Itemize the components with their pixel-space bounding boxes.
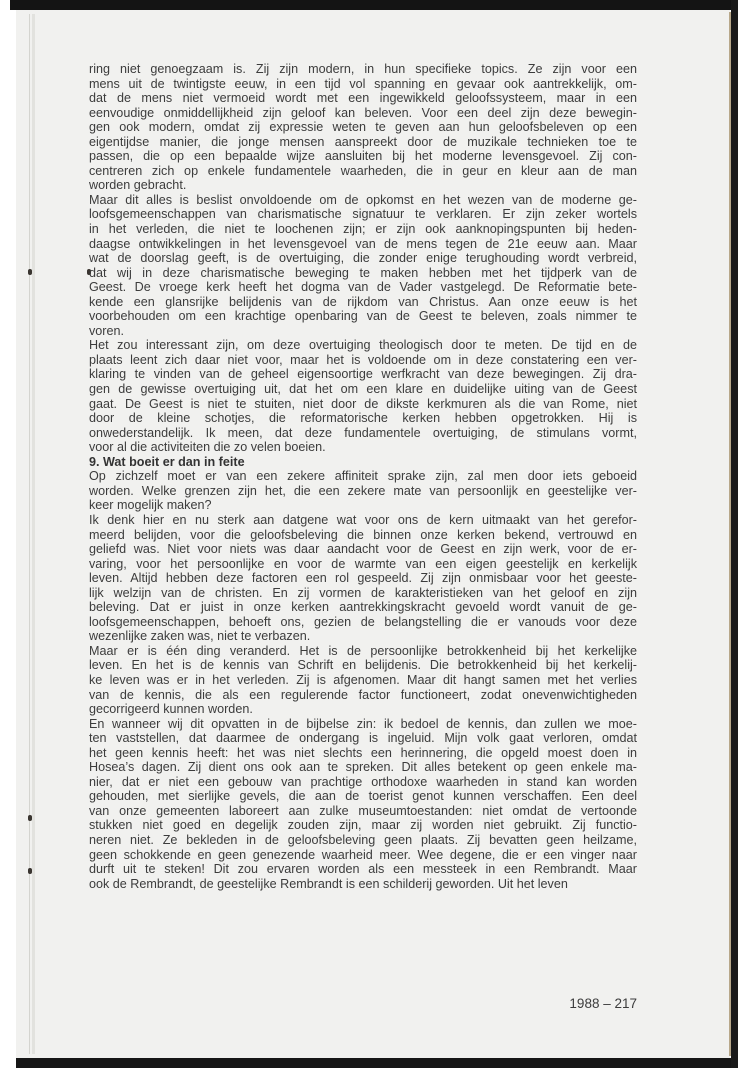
page-gutter-shadow bbox=[32, 14, 35, 1054]
text-line: nier, dat er niet een gebouw van prachti… bbox=[89, 775, 637, 790]
text-line: mens uit de twintigste eeuw, in een tijd… bbox=[89, 77, 637, 92]
paragraph: Maar dit alles is beslist onvoldoende om… bbox=[89, 193, 637, 338]
margin-dot bbox=[28, 269, 32, 275]
text-line: worden. Welke grenzen zijn het, die een … bbox=[89, 484, 637, 499]
text-line: ook de Rembrandt, de geestelijke Rembran… bbox=[89, 877, 637, 892]
text-line: klaring te vinden van de geheel eigensoo… bbox=[89, 367, 637, 382]
text-line: gaat. De Geest is niet te stuiten, niet … bbox=[89, 397, 637, 412]
page-fold-line bbox=[29, 14, 30, 1054]
text-line: in het verleden, die niet te loochenen z… bbox=[89, 222, 637, 237]
text-line: gehouden, met sierlijke gevels, die aan … bbox=[89, 789, 637, 804]
paragraph: En wanneer wij dit opvatten in de bijbel… bbox=[89, 717, 637, 892]
text-line: Maar er is één ding veranderd. Het is de… bbox=[89, 644, 637, 659]
text-line: wezenlijke zaken was, niet te verbazen. bbox=[89, 629, 637, 644]
text-line: loofsgemeenschappen van charismatische s… bbox=[89, 207, 637, 222]
text-line: eenvoudige onmiddellijkheid zijn geloof … bbox=[89, 106, 637, 121]
text-line: plaats leent zich daar niet voor, maar h… bbox=[89, 353, 637, 368]
paragraph: Het zou interessant zijn, om deze overtu… bbox=[89, 338, 637, 454]
text-line: leven. En het is de kennis van Schrift e… bbox=[89, 658, 637, 673]
margin-dot bbox=[28, 815, 32, 821]
text-line: van onze gemeenten laboreert aan zulke m… bbox=[89, 804, 637, 819]
text-line: keer mogelijk maken? bbox=[89, 498, 637, 513]
text-line: wat de doorslag geeft, is de overtuiging… bbox=[89, 251, 637, 266]
paragraph: Op zichzelf moet er van een zekere affin… bbox=[89, 469, 637, 513]
paragraph: Ik denk hier en nu sterk aan datgene wat… bbox=[89, 513, 637, 644]
paragraph: ring niet genoegzaam is. Zij zijn modern… bbox=[89, 62, 637, 193]
text-line: dat wij in deze charismatische beweging … bbox=[89, 266, 637, 281]
text-line: loofsgemeenschappen, behoeft ons, gezien… bbox=[89, 615, 637, 630]
text-line: worden gebracht. bbox=[89, 178, 637, 193]
text-line: daagse ontwikkelingen in het levensgevoe… bbox=[89, 237, 637, 252]
heading-line: 9. Wat boeit er dan in feite bbox=[89, 455, 637, 470]
text-line: varing, voor het persoonlijke en voor de… bbox=[89, 557, 637, 572]
text-line: geliefd was. Niet voor niets was daar aa… bbox=[89, 542, 637, 557]
text-line: van de kennis, die als een regulerende f… bbox=[89, 688, 637, 703]
scan-border-top bbox=[10, 0, 738, 10]
text-line: centreren zich op enkele fundamentele wa… bbox=[89, 164, 637, 179]
text-line: lijk welzijn van de christen. En zij vor… bbox=[89, 586, 637, 601]
text-line: Hosea’s dagen. Zij dient ons ook aan te … bbox=[89, 760, 637, 775]
text-line: Ik denk hier en nu sterk aan datgene wat… bbox=[89, 513, 637, 528]
body-text: ring niet genoegzaam is. Zij zijn modern… bbox=[89, 62, 637, 891]
scan-frame: ring niet genoegzaam is. Zij zijn modern… bbox=[0, 0, 738, 1068]
section-heading: 9. Wat boeit er dan in feite bbox=[89, 455, 637, 470]
text-line: En wanneer wij dit opvatten in de bijbel… bbox=[89, 717, 637, 732]
text-line: beleving. Dat er juist in onze kerken aa… bbox=[89, 600, 637, 615]
text-line: meerd belijden, voor die geloofsbeleving… bbox=[89, 528, 637, 543]
paragraph: Maar er is één ding veranderd. Het is de… bbox=[89, 644, 637, 717]
text-line: gen de gewisse overtuiging uit, dat het … bbox=[89, 382, 637, 397]
text-line: dat de mens niet vermoeid wordt met een … bbox=[89, 91, 637, 106]
margin-dot bbox=[28, 868, 32, 874]
scan-border-right bbox=[731, 0, 738, 1068]
text-line: durft uit te steken! Dit zou ervaren wor… bbox=[89, 862, 637, 877]
text-line: ten vaststellen, dat daarmee de ondergan… bbox=[89, 731, 637, 746]
text-line: geen schokkende en geen genezende waarhe… bbox=[89, 848, 637, 863]
text-line: door de kleine schotjes, die reformatori… bbox=[89, 411, 637, 426]
text-line: gecorrigeerd kunnen worden. bbox=[89, 702, 637, 717]
text-line: neren niet. Ze bekleden in de geloofsbel… bbox=[89, 833, 637, 848]
text-line: onwederstandelijk. Ik meen, dat deze fun… bbox=[89, 426, 637, 441]
text-line: gen ook modern, omdat zij expressie wete… bbox=[89, 120, 637, 135]
page-number: 1988 – 217 bbox=[530, 996, 637, 1011]
text-line: voor al die activiteiten die zo velen bo… bbox=[89, 440, 637, 455]
text-line: stukken niet goed en degelijk zouden zij… bbox=[89, 818, 637, 833]
text-line: voorbehouden om een krachtige openbaring… bbox=[89, 309, 637, 324]
text-line: kende een glansrijke belijdenis van de r… bbox=[89, 295, 637, 310]
text-line: Geest. De vroege kerk heeft het dogma va… bbox=[89, 280, 637, 295]
text-line: het geen kennis heeft: het was niet slec… bbox=[89, 746, 637, 761]
text-line: leven. Altijd hebben deze factoren een r… bbox=[89, 571, 637, 586]
text-line: Het zou interessant zijn, om deze overtu… bbox=[89, 338, 637, 353]
text-line: passen, die op een bepaalde wijze aanslu… bbox=[89, 149, 637, 164]
text-line: Op zichzelf moet er van een zekere affin… bbox=[89, 469, 637, 484]
text-line: Maar dit alles is beslist onvoldoende om… bbox=[89, 193, 637, 208]
text-line: ke leven was er in het verleden. Zij is … bbox=[89, 673, 637, 688]
text-line: ring niet genoegzaam is. Zij zijn modern… bbox=[89, 62, 637, 77]
text-line: voren. bbox=[89, 324, 637, 339]
text-line: eigentijdse manier, die jonge mensen aan… bbox=[89, 135, 637, 150]
scan-border-bottom bbox=[16, 1058, 738, 1068]
